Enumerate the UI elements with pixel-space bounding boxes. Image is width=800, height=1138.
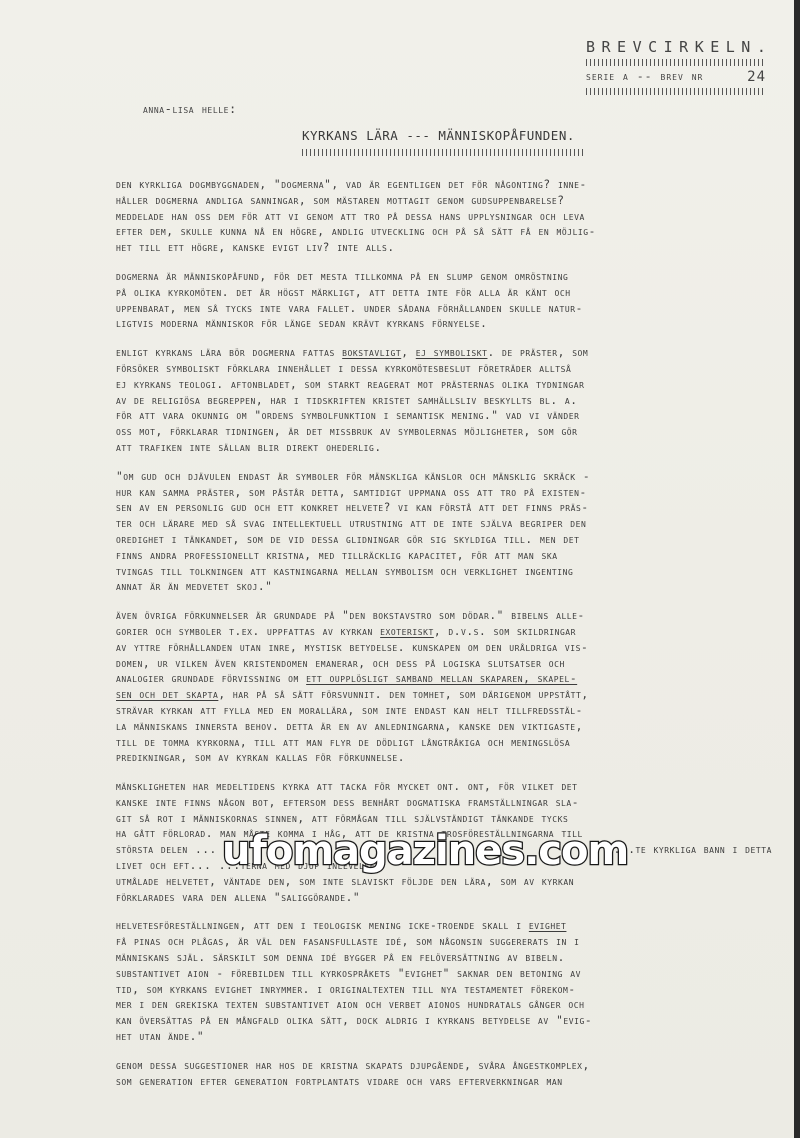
underlined-text: evighet: [529, 919, 567, 932]
text-line: analogier grundade förvissning om ett ou…: [116, 671, 796, 687]
text-line: mer i den grekiska texten substantivet a…: [116, 997, 796, 1013]
article-heading: KYRKANS LÄRA --- MÄNNISKOPÅFUNDEN.: [302, 128, 584, 159]
text-line: håller dogmerna andliga sanningar, som M…: [116, 193, 796, 209]
text-line: oss mot, förklarar tidningen, är det mis…: [116, 424, 796, 440]
tick-rule: [586, 59, 766, 66]
series-label: Serie A -- Brev nr: [586, 69, 703, 85]
text-line: annat är än medvetet skoj.": [116, 579, 796, 595]
text-line: få pinas och plågas, är väl den fasansfu…: [116, 934, 796, 950]
text-line: git så rot i människornas sinnen, att fö…: [116, 811, 796, 827]
text-line: som generation efter generation fortplan…: [116, 1074, 796, 1090]
text-line: sen och det Skapta, har på så sätt försv…: [116, 687, 796, 703]
text-line: efter dem, skulle kunna nå en högre, and…: [116, 224, 796, 240]
article-title: KYRKANS LÄRA --- MÄNNISKOPÅFUNDEN.: [302, 128, 584, 143]
text-line: ter och lärare med så svag intellektuell…: [116, 516, 796, 532]
underlined-text: ej symboliskt: [416, 346, 488, 359]
text-line: Meddelade han oss dem för att vi genom a…: [116, 209, 796, 225]
text-line: kanske inte finns någon bot, eftersom de…: [116, 795, 796, 811]
text-line: het utan ände.": [116, 1029, 796, 1045]
paragraph: Dogmerna är människopåfund, för det mest…: [116, 269, 796, 332]
text-line: het till ett högre, kanske evigt liv? In…: [116, 240, 796, 256]
text-line: livet och eft... ...terna med djup inlev…: [116, 858, 796, 874]
tick-rule: [586, 88, 766, 95]
text-line: strävar kyrkan att fylla med en morallär…: [116, 703, 796, 719]
underlined-text: sen och det Skapta: [116, 688, 218, 701]
document-page: BREVCIRKELN. Serie A -- Brev nr 24 Anna-…: [0, 0, 794, 1138]
underlined-text: ett oupplösligt samband mellan Skaparen,…: [306, 672, 577, 685]
text-line: kan översättas på en mångfald olika sätt…: [116, 1013, 796, 1029]
article-body: Den kyrkliga dogmbyggnaden, "dogmerna", …: [116, 177, 796, 1102]
underlined-text: exoteriskt: [380, 625, 434, 638]
title-underline-rule: [302, 149, 584, 156]
paragraph: Helvetesföreställningen, att den i teolo…: [116, 918, 796, 1044]
letter-number: 24: [747, 69, 766, 85]
text-line: av yttre förhållanden utan inre, mystisk…: [116, 640, 796, 656]
paragraph: Mänskligheten har medeltidens kyrka att …: [116, 779, 796, 905]
text-line: att trafiken inte sällan blir direkt ohe…: [116, 440, 796, 456]
text-line: ha gått förlorad. Man måste komma i håg,…: [116, 826, 796, 842]
text-line: Genom dessa suggestioner har hos de kris…: [116, 1058, 796, 1074]
text-line: största delen ......te kyrkliga bann i d…: [116, 842, 796, 858]
scan-edge: [794, 0, 800, 1138]
text-line: ej kyrkans teologi. Aftonbladet, som sta…: [116, 377, 796, 393]
series-line: Serie A -- Brev nr 24: [586, 69, 766, 85]
text-line: domen, ur vilken även kristendomen emane…: [116, 656, 796, 672]
text-line: "Om Gud och Djävulen endast är symboler …: [116, 469, 796, 485]
text-line: uppenbarat, men så tycks inte vara falle…: [116, 301, 796, 317]
text-line: tvingas till tolkningen att kastningarna…: [116, 564, 796, 580]
paragraph: Genom dessa suggestioner har hos de kris…: [116, 1058, 796, 1090]
paragraph: "Om Gud och Djävulen endast är symboler …: [116, 469, 796, 595]
text-line: för att vara okunnig om "ordens symbolfu…: [116, 408, 796, 424]
text-line: sen av en personlig Gud och ett konkret …: [116, 500, 796, 516]
author-name: Anna-Lisa Helle:: [143, 102, 237, 116]
text-line: predikningar, som av kyrkan kallas för f…: [116, 750, 796, 766]
text-line: Helvetesföreställningen, att den i teolo…: [116, 918, 796, 934]
text-line: till de tomma kyrkorna, till att man fly…: [116, 735, 796, 751]
paragraph: Enligt kyrkans lära bör dogmerna fattas …: [116, 345, 796, 456]
text-line: gorier och symboler t.ex. uppfattas av k…: [116, 624, 796, 640]
paragraph: Den kyrkliga dogmbyggnaden, "dogmerna", …: [116, 177, 796, 256]
paragraph: Även övriga förkunnelser är grundade på …: [116, 608, 796, 766]
text-line: Mänskligheten har medeltidens kyrka att …: [116, 779, 796, 795]
text-line: tid, som kyrkans evighet inrymmer. I ori…: [116, 982, 796, 998]
text-line: människans själ. Särskilt som denna idé …: [116, 950, 796, 966]
text-line: försöker symboliskt förklara innehållet …: [116, 361, 796, 377]
text-line: hur kan samma präster, som påstår detta,…: [116, 485, 796, 501]
text-line: Dogmerna är människopåfund, för det mest…: [116, 269, 796, 285]
newsletter-title: BREVCIRKELN.: [586, 38, 766, 56]
text-line: förklarades vara den allena "saliggörand…: [116, 890, 796, 906]
text-line: Den kyrkliga dogmbyggnaden, "dogmerna", …: [116, 177, 796, 193]
text-line: la människans innersta behov. Detta är e…: [116, 719, 796, 735]
text-line: oredighet i tänkandet, som de vid dessa …: [116, 532, 796, 548]
masthead: BREVCIRKELN. Serie A -- Brev nr 24: [586, 38, 766, 98]
text-line: på olika kyrkomöten. Det är högst märkli…: [116, 285, 796, 301]
text-line: Enligt kyrkans lära bör dogmerna fattas …: [116, 345, 796, 361]
text-line: utmålade helvetet, väntade den, som inte…: [116, 874, 796, 890]
text-line: finns andra professionellt kristna, med …: [116, 548, 796, 564]
text-line: ligtvis moderna människor för länge seda…: [116, 316, 796, 332]
text-line: av de religiösa begreppen, har i tidskri…: [116, 393, 796, 409]
text-line: Substantivet aion - förebilden till kyrk…: [116, 966, 796, 982]
underlined-text: bokstavligt: [342, 346, 401, 359]
text-line: Även övriga förkunnelser är grundade på …: [116, 608, 796, 624]
